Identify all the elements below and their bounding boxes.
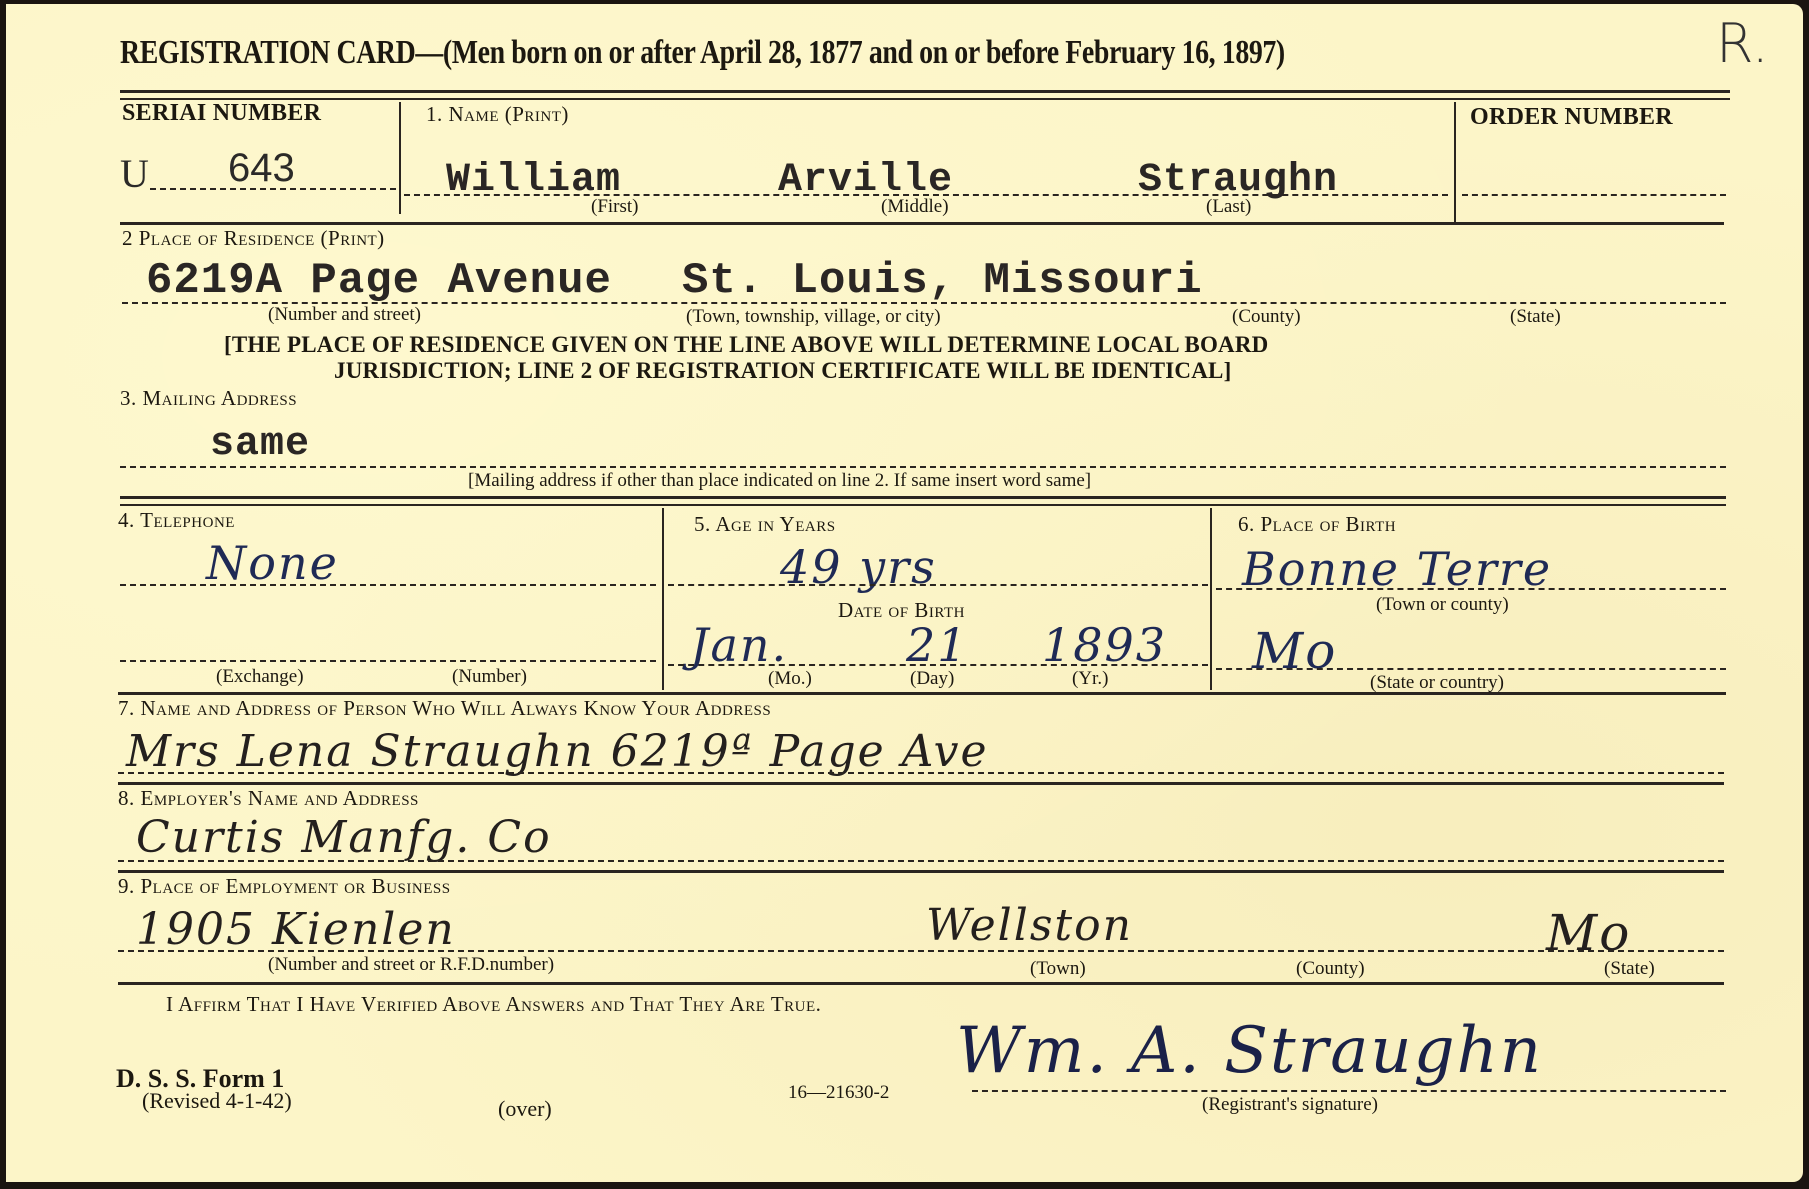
birthplace-state-value[interactable]: Mo: [1252, 622, 1337, 680]
top-rule-2: [120, 98, 1730, 100]
town-caption: (Town, township, village, or city): [686, 306, 941, 328]
middle-caption: (Middle): [881, 196, 949, 218]
residence-city-value[interactable]: St. Louis, Missouri: [682, 256, 1203, 306]
over-note: (over): [498, 1096, 552, 1122]
corner-mark: R.: [1716, 12, 1769, 75]
birthplace-label: 6. Place of Birth: [1238, 512, 1396, 537]
telephone-label: 4. Telephone: [118, 508, 235, 533]
employment-town-caption: (Town): [1030, 958, 1086, 980]
town-or-county-caption: (Town or county): [1376, 594, 1509, 616]
serial-prefix: U: [120, 150, 149, 197]
affirmation-text: I Affirm That I Have Verified Above Answ…: [166, 992, 821, 1017]
contact-person-label: 7. Name and Address of Person Who Will A…: [118, 696, 771, 721]
mailing-caption: [Mailing address if other than place ind…: [468, 470, 1091, 492]
mailing-label: 3. Mailing Address: [120, 386, 297, 411]
street-caption: (Number and street): [268, 304, 421, 326]
residence-notice-line1: [THE PLACE OF RESIDENCE GIVEN ON THE LIN…: [224, 332, 1268, 358]
state-caption: (State): [1510, 306, 1561, 328]
top-rule: [120, 90, 1730, 93]
serial-number-label: SERIAI NUMBER: [122, 100, 321, 127]
last-caption: (Last): [1206, 196, 1251, 218]
employment-state-caption: (State): [1604, 958, 1655, 980]
residence-street-value[interactable]: 6219A Page Avenue: [146, 256, 612, 306]
employment-county-caption: (County): [1296, 958, 1365, 980]
day-caption: (Day): [910, 668, 954, 690]
employer-label: 8. Employer's Name and Address: [118, 786, 419, 811]
contact-person-value[interactable]: Mrs Lena Straughn 6219ª Page Ave: [126, 726, 989, 777]
print-code: 16—21630-2: [788, 1082, 889, 1104]
employer-value[interactable]: Curtis Manfg. Co: [136, 812, 552, 863]
residence-label: 2 Place of Residence (Print): [122, 226, 385, 251]
first-caption: (First): [591, 196, 639, 218]
telephone-value[interactable]: None: [206, 536, 339, 590]
employment-place-label: 9. Place of Employment or Business: [118, 874, 451, 899]
number-caption: (Number): [452, 666, 527, 688]
order-number-field[interactable]: [1462, 194, 1726, 196]
name-label: 1. Name (Print): [426, 102, 569, 127]
employment-state-value[interactable]: Mo: [1546, 904, 1631, 962]
registration-card: REGISTRATION CARD—(Men born on or after …: [6, 4, 1803, 1182]
exchange-caption: (Exchange): [216, 666, 304, 688]
card-title: REGISTRATION CARD—(Men born on or after …: [120, 34, 1285, 72]
serial-number-value[interactable]: 643: [228, 146, 295, 191]
age-label: 5. Age in Years: [694, 512, 836, 537]
county-caption: (County): [1232, 306, 1301, 328]
form-revised: (Revised 4-1-42): [142, 1088, 292, 1114]
signature-caption: (Registrant's signature): [1202, 1094, 1378, 1116]
month-caption: (Mo.): [768, 668, 812, 690]
employment-town-value[interactable]: Wellston: [926, 900, 1133, 951]
employment-street-value[interactable]: 1905 Kienlen: [136, 904, 456, 955]
registrant-signature[interactable]: Wm. A. Straughn: [956, 1014, 1543, 1088]
employment-street-caption: (Number and street or R.F.D.number): [268, 954, 554, 976]
order-number-label: ORDER NUMBER: [1470, 104, 1673, 131]
state-or-country-caption: (State or country): [1370, 672, 1504, 694]
residence-notice-line2: JURISDICTION; LINE 2 OF REGISTRATION CER…: [334, 358, 1231, 384]
mailing-value[interactable]: same: [210, 422, 310, 467]
year-caption: (Yr.): [1072, 668, 1108, 690]
